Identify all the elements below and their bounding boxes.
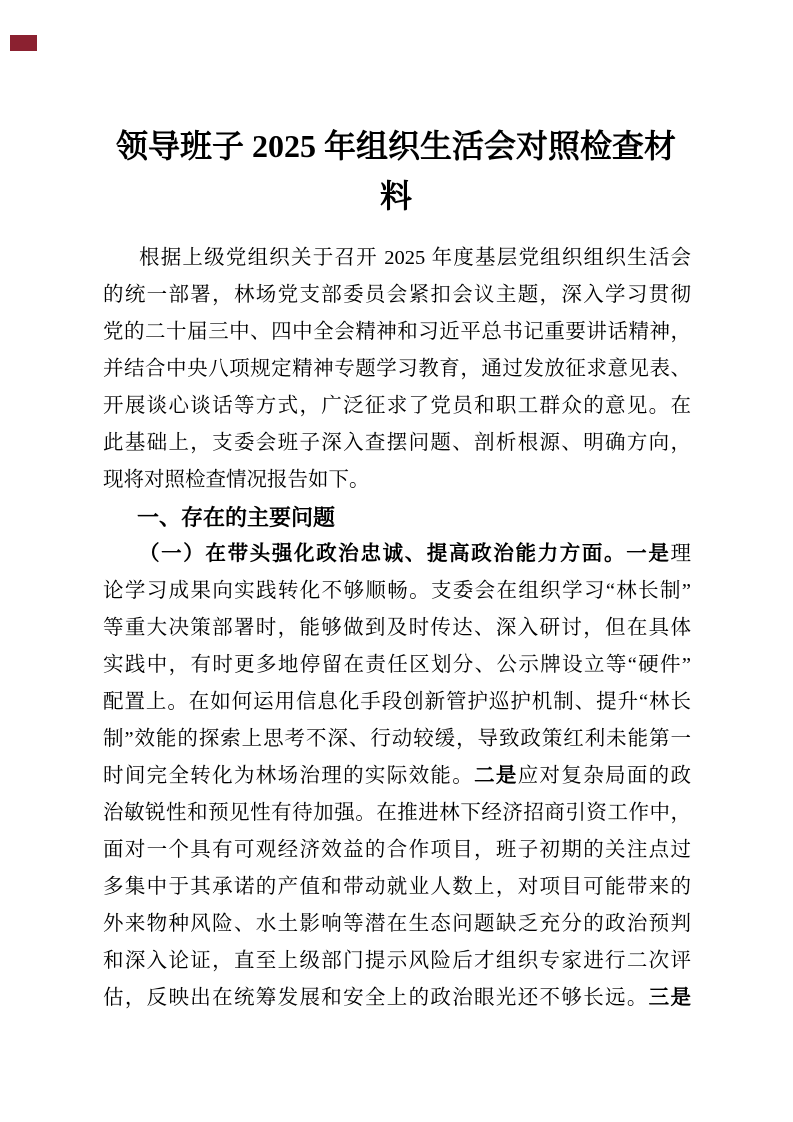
text-line: 根据上级党组织关于召开 2025 年度基层党组织组织生活会: [103, 240, 691, 277]
text-line: 开展谈心谈话等方式，广泛征求了党员和职工群众的意见。在: [103, 388, 691, 425]
text-line: 实践中，有时更多地停留在责任区划分、公示牌设立等“硬件”: [103, 647, 691, 684]
text-line: 多集中于其承诺的产值和带动就业人数上，对项目可能带来的: [103, 869, 691, 906]
text-run: 多集中于其承诺的产值和带动就业人数上，对项目可能带来的: [103, 876, 691, 898]
document-body: 根据上级党组织关于召开 2025 年度基层党组织组织生活会的统一部署，林场党支部…: [103, 240, 691, 1017]
text-run: 此基础上，支委会班子深入查摆问题、剖析根源、明确方向，: [103, 432, 691, 454]
text-run: 外来物种风险、水土影响等潜在生态问题缺乏充分的政治预判: [103, 913, 691, 935]
text-run: 论学习成果向实践转化不够顺畅。支委会在组织学习“林长制”: [103, 580, 691, 602]
text-run: 一、存在的主要问题: [137, 505, 335, 530]
text-line: 制”效能的探索上思考不深、行动较缓，导致政策红利未能第一: [103, 721, 691, 758]
document-page: 领导班子 2025 年组织生活会对照检查材料 根据上级党组织关于召开 2025 …: [0, 0, 793, 1122]
text-line: 论学习成果向实践转化不够顺畅。支委会在组织学习“林长制”: [103, 573, 691, 610]
text-line: 治敏锐性和预见性有待加强。在推进林下经济招商引资工作中，: [103, 795, 691, 832]
text-run: （一）在带头强化政治忠诚、提高政治能力方面。一是: [139, 543, 671, 565]
document-title: 领导班子 2025 年组织生活会对照检查材料: [106, 121, 686, 221]
text-run: 面对一个具有可观经济效益的合作项目，班子初期的关注点过: [103, 839, 691, 861]
text-run: 治敏锐性和预见性有待加强。在推进林下经济招商引资工作中，: [103, 802, 691, 824]
text-run: 的统一部署，林场党支部委员会紧扣会议主题，深入学习贯彻: [103, 284, 691, 306]
text-run: 现将对照检查情况报告如下。: [103, 469, 370, 491]
text-run: 理: [671, 543, 692, 565]
text-run: 实践中，有时更多地停留在责任区划分、公示牌设立等“硬件”: [103, 654, 691, 676]
text-line: 并结合中央八项规定精神专题学习教育，通过发放征求意见表、: [103, 351, 691, 388]
text-line: 此基础上，支委会班子深入查摆问题、剖析根源、明确方向，: [103, 425, 691, 462]
text-line: 和深入论证，直至上级部门提示风险后才组织专家进行二次评: [103, 943, 691, 980]
text-run: 估，反映出在统筹发展和安全上的政治眼光还不够长远。: [103, 987, 649, 1009]
paragraph: （一）在带头强化政治忠诚、提高政治能力方面。一是理论学习成果向实践转化不够顺畅。…: [103, 536, 691, 1017]
text-run: 二是: [474, 765, 518, 787]
text-run: 应对复杂局面的政: [518, 765, 691, 787]
text-line: 面对一个具有可观经济效益的合作项目，班子初期的关注点过: [103, 832, 691, 869]
text-line: 等重大决策部署时，能够做到及时传达、深入研讨，但在具体: [103, 610, 691, 647]
text-line: 党的二十届三中、四中全会精神和习近平总书记重要讲话精神，: [103, 314, 691, 351]
paragraph: 根据上级党组织关于召开 2025 年度基层党组织组织生活会的统一部署，林场党支部…: [103, 240, 691, 499]
text-line: 估，反映出在统筹发展和安全上的政治眼光还不够长远。三是: [103, 980, 691, 1017]
text-line: 外来物种风险、水土影响等潜在生态问题缺乏充分的政治预判: [103, 906, 691, 943]
text-run: 配置上。在如何运用信息化手段创新管护巡护机制、提升“林长: [103, 691, 691, 713]
text-run: 制”效能的探索上思考不深、行动较缓，导致政策红利未能第一: [103, 728, 691, 750]
text-run: 三是: [649, 987, 691, 1009]
text-line: 时间完全转化为林场治理的实际效能。二是应对复杂局面的政: [103, 758, 691, 795]
red-corner-mark: [10, 35, 37, 51]
text-line: （一）在带头强化政治忠诚、提高政治能力方面。一是理: [103, 536, 691, 573]
text-run: 根据上级党组织关于召开 2025 年度基层党组织组织生活会: [139, 247, 691, 269]
text-line: 配置上。在如何运用信息化手段创新管护巡护机制、提升“林长: [103, 684, 691, 721]
text-run: 并结合中央八项规定精神专题学习教育，通过发放征求意见表、: [103, 358, 691, 380]
text-run: 时间完全转化为林场治理的实际效能。: [103, 765, 474, 787]
text-line: 一、存在的主要问题: [103, 499, 691, 536]
text-run: 和深入论证，直至上级部门提示风险后才组织专家进行二次评: [103, 950, 691, 972]
text-run: 开展谈心谈话等方式，广泛征求了党员和职工群众的意见。在: [103, 395, 691, 417]
text-line: 现将对照检查情况报告如下。: [103, 462, 691, 499]
text-run: 等重大决策部署时，能够做到及时传达、深入研讨，但在具体: [103, 617, 691, 639]
text-run: 党的二十届三中、四中全会精神和习近平总书记重要讲话精神，: [103, 321, 691, 343]
section-heading: 一、存在的主要问题: [103, 499, 691, 536]
text-line: 的统一部署，林场党支部委员会紧扣会议主题，深入学习贯彻: [103, 277, 691, 314]
